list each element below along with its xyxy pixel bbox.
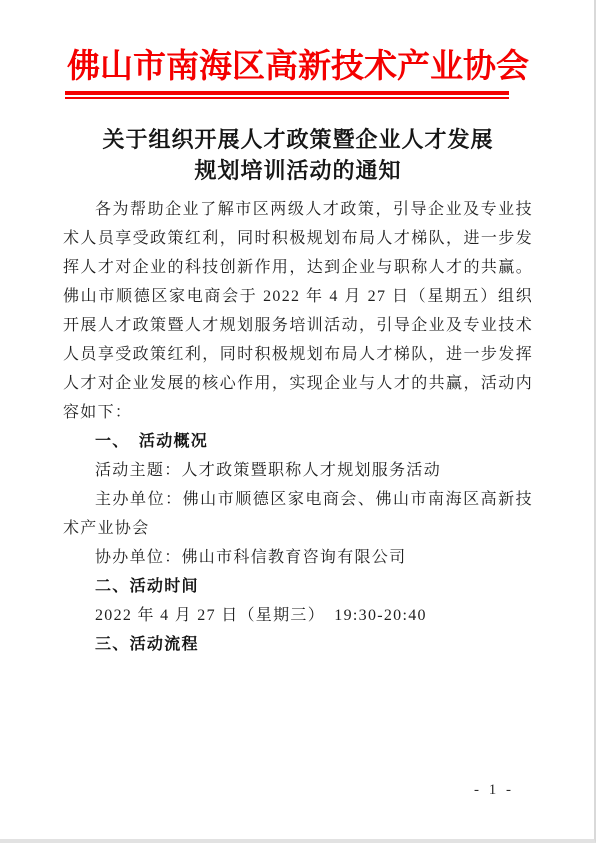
section-1-line-host: 主办单位：佛山市顺德区家电商会、佛山市南海区高新技术产业协会 xyxy=(63,485,533,543)
document-body: 各为帮助企业了解市区两级人才政策，引导企业及专业技术人员享受政策红利，同时积极规… xyxy=(63,195,533,659)
document-title-line1: 关于组织开展人才政策暨企业人才发展 xyxy=(63,124,533,155)
section-1-line-cohost: 协办单位：佛山市科信教育咨询有限公司 xyxy=(63,543,533,572)
document-page: 佛山市南海区高新技术产业协会 关于组织开展人才政策暨企业人才发展 规划培训活动的… xyxy=(0,0,596,843)
page-number: - 1 - xyxy=(474,782,514,799)
section-2-line-time: 2022 年 4 月 27 日（星期三） 19:30-20:40 xyxy=(63,601,533,630)
document-title: 关于组织开展人才政策暨企业人才发展 规划培训活动的通知 xyxy=(63,124,533,186)
section-1-line-theme: 活动主题：人才政策暨职称人才规划服务活动 xyxy=(63,456,533,485)
section-3-heading: 三、活动流程 xyxy=(63,630,533,659)
section-1-heading: 一、 活动概况 xyxy=(63,427,533,456)
document-content: 佛山市南海区高新技术产业协会 关于组织开展人才政策暨企业人才发展 规划培训活动的… xyxy=(63,0,533,659)
letterhead-title: 佛山市南海区高新技术产业协会 xyxy=(63,46,533,88)
letterhead-divider xyxy=(65,91,509,99)
section-2-heading: 二、活动时间 xyxy=(63,572,533,601)
intro-paragraph: 各为帮助企业了解市区两级人才政策，引导企业及专业技术人员享受政策红利，同时积极规… xyxy=(63,195,533,427)
document-title-line2: 规划培训活动的通知 xyxy=(63,155,533,186)
